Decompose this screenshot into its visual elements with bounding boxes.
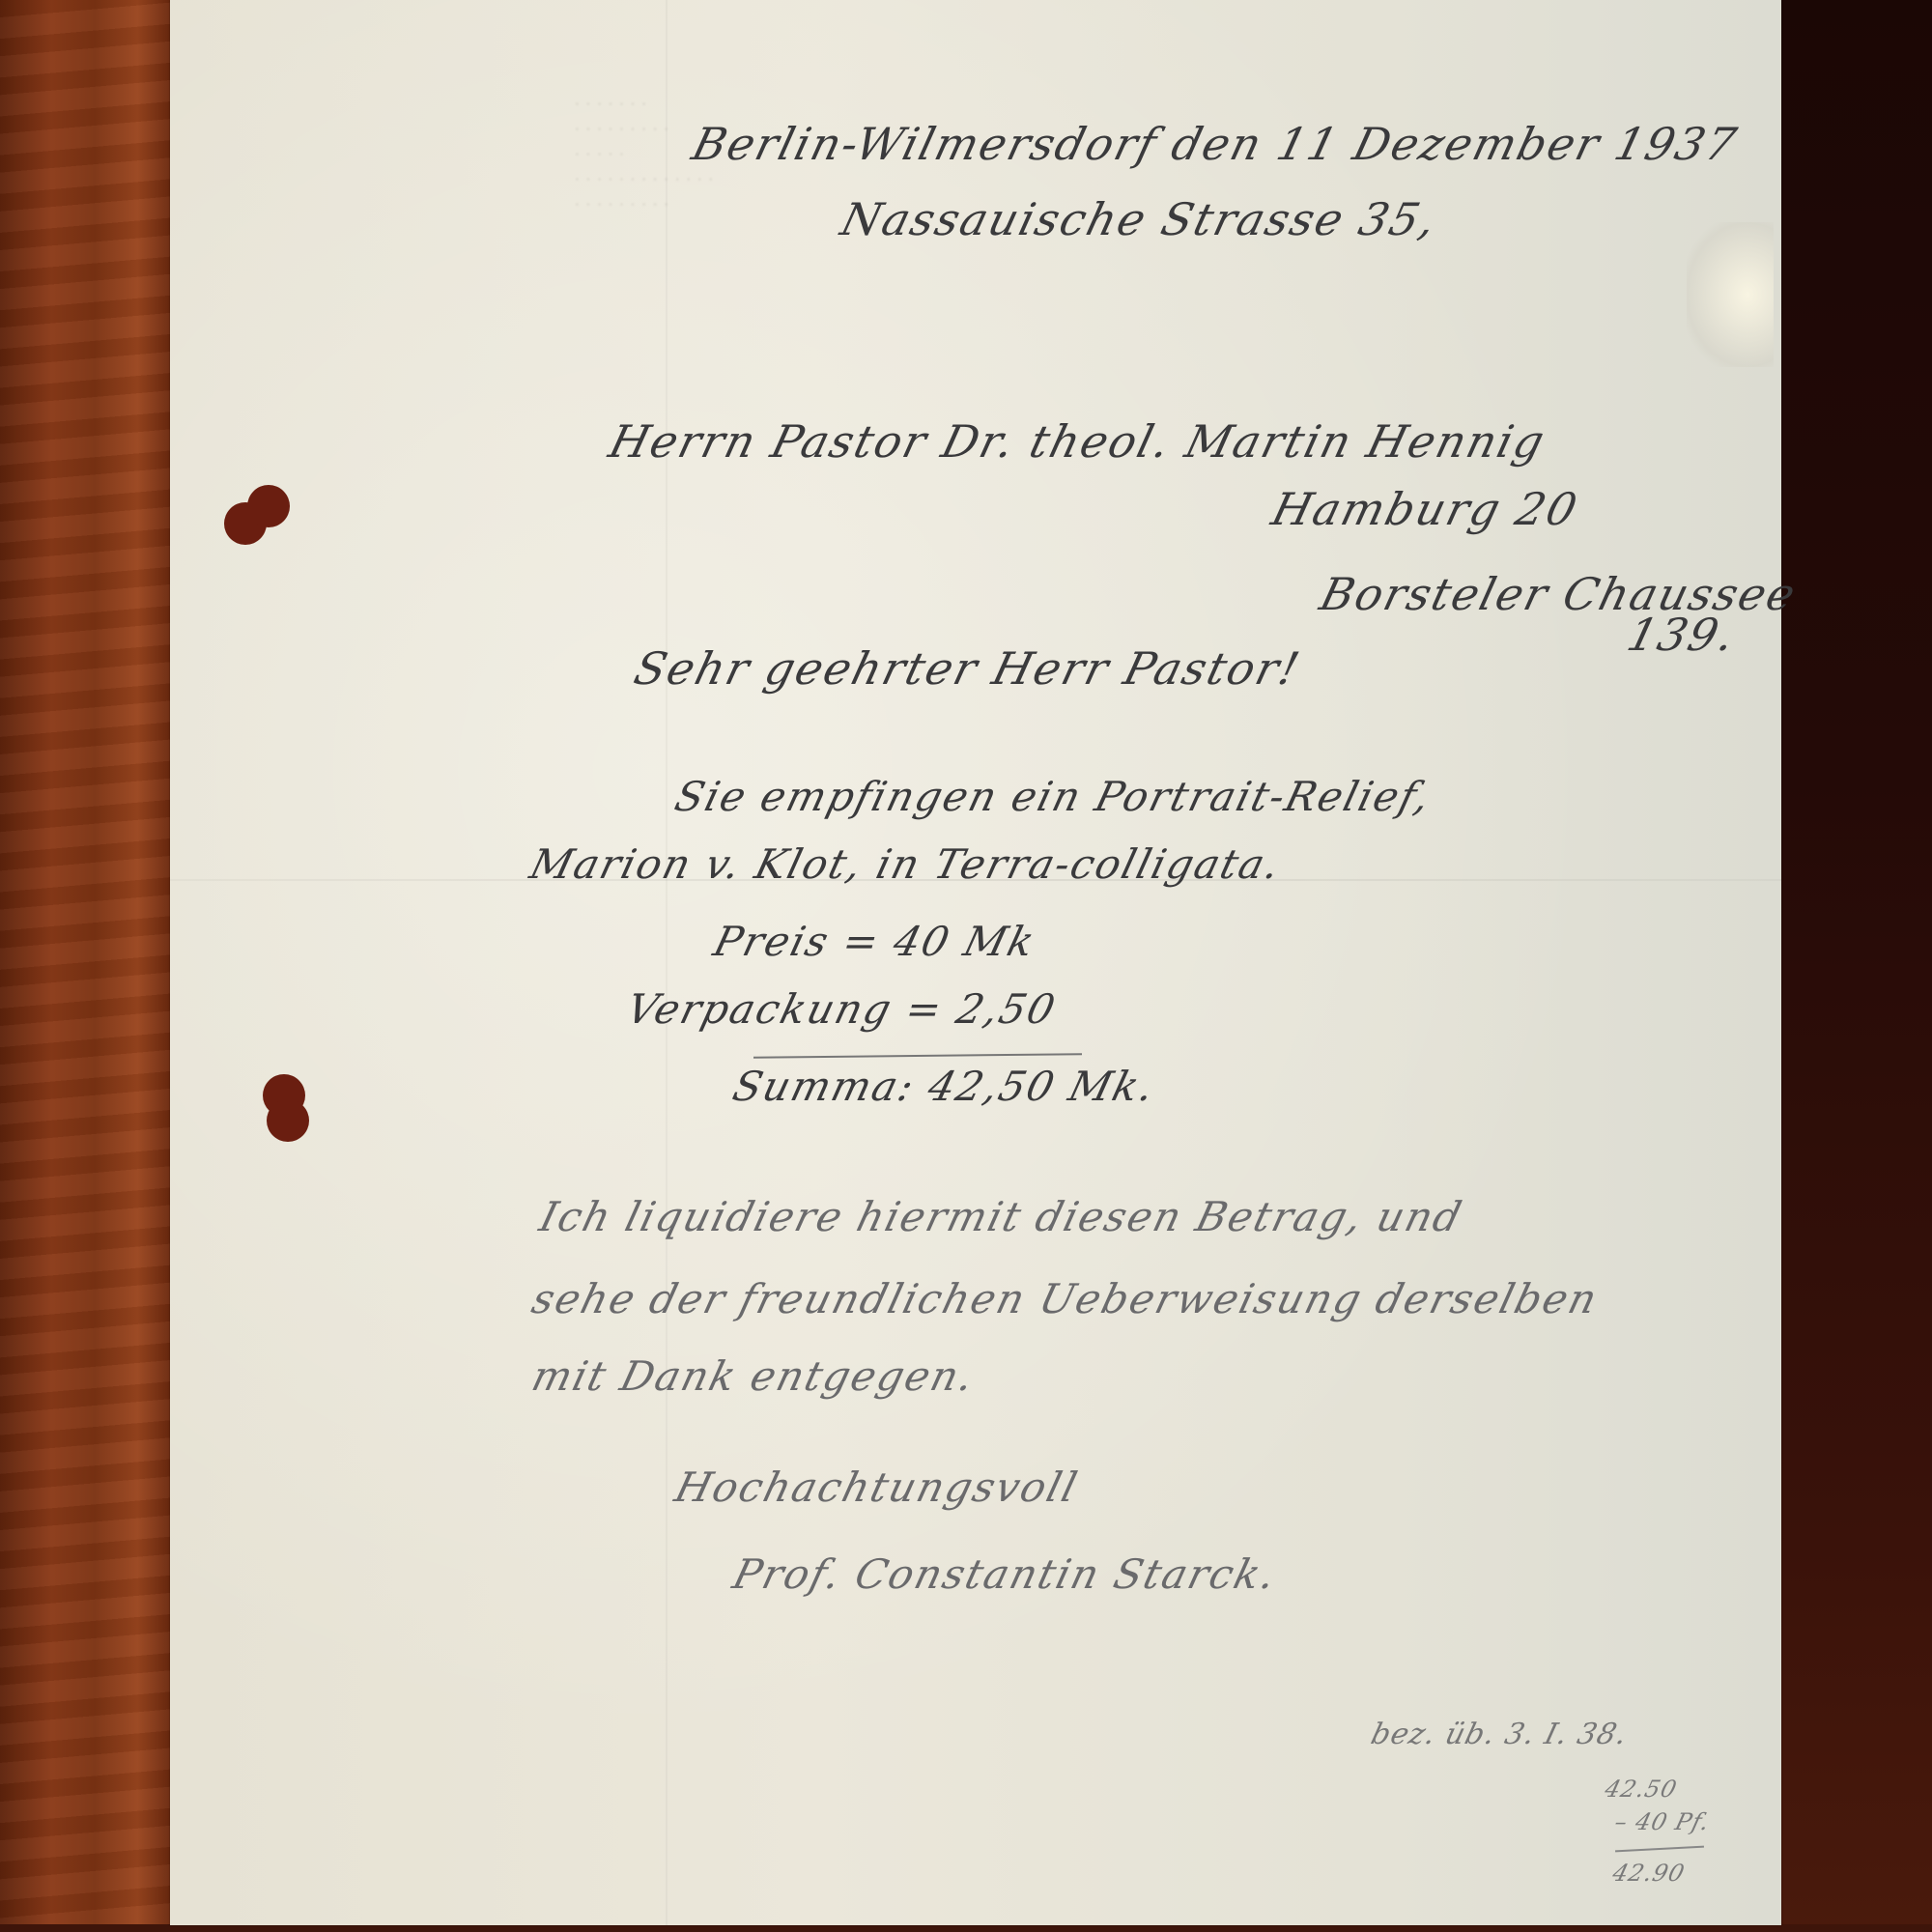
calc-line: – 40 Pf. xyxy=(1612,1808,1714,1835)
punch-hole-icon xyxy=(247,485,290,527)
table-bottom-edge xyxy=(0,1924,1932,1932)
letterhead-line: · · · · · · · · · xyxy=(575,192,865,217)
calc-line: 42.50 xyxy=(1603,1776,1681,1803)
wooden-table-left xyxy=(0,0,172,1932)
salutation: Sehr geehrter Herr Pastor! xyxy=(629,642,1306,695)
body-line: Marion v. Klot, in Terra-colligata. xyxy=(526,840,1287,888)
sender-street: Nassauische Strasse 35, xyxy=(836,193,1443,245)
letterhead-line: · · · · · · · xyxy=(575,92,865,117)
recipient-name: Herrn Pastor Dr. theol. Martin Hennig xyxy=(604,415,1550,468)
invoice-total: Summa: 42,50 Mk. xyxy=(728,1063,1161,1110)
closing-line: sehe der freundlichen Ueberweisung derse… xyxy=(527,1275,1604,1322)
closing-line: mit Dank entgegen. xyxy=(527,1352,980,1400)
valediction: Hochachtungsvoll xyxy=(670,1463,1084,1511)
letterhead-line: · · · · · · · · · · · · · xyxy=(575,167,865,192)
punch-hole-icon xyxy=(267,1099,309,1142)
recipient-city: Hamburg 20 xyxy=(1266,483,1583,535)
place-date: Berlin-Wilmersdorf den 11 Dezember 1937 xyxy=(687,118,1743,170)
calc-result: 42.90 xyxy=(1610,1860,1689,1887)
dark-background-right xyxy=(1780,0,1932,1932)
signature: Prof. Constantin Starck. xyxy=(728,1550,1282,1598)
recipient-house-number: 139. xyxy=(1622,609,1742,661)
payment-note: bez. üb. 3. I. 38. xyxy=(1368,1718,1632,1751)
invoice-packaging: Verpackung = 2,50 xyxy=(622,985,1062,1033)
body-line: Sie empfingen ein Portrait-Relief, xyxy=(670,773,1436,820)
paper-crease xyxy=(1687,222,1774,367)
invoice-price: Preis = 40 Mk xyxy=(709,918,1041,965)
closing-line: Ich liquidiere hiermit diesen Betrag, un… xyxy=(535,1193,1468,1240)
